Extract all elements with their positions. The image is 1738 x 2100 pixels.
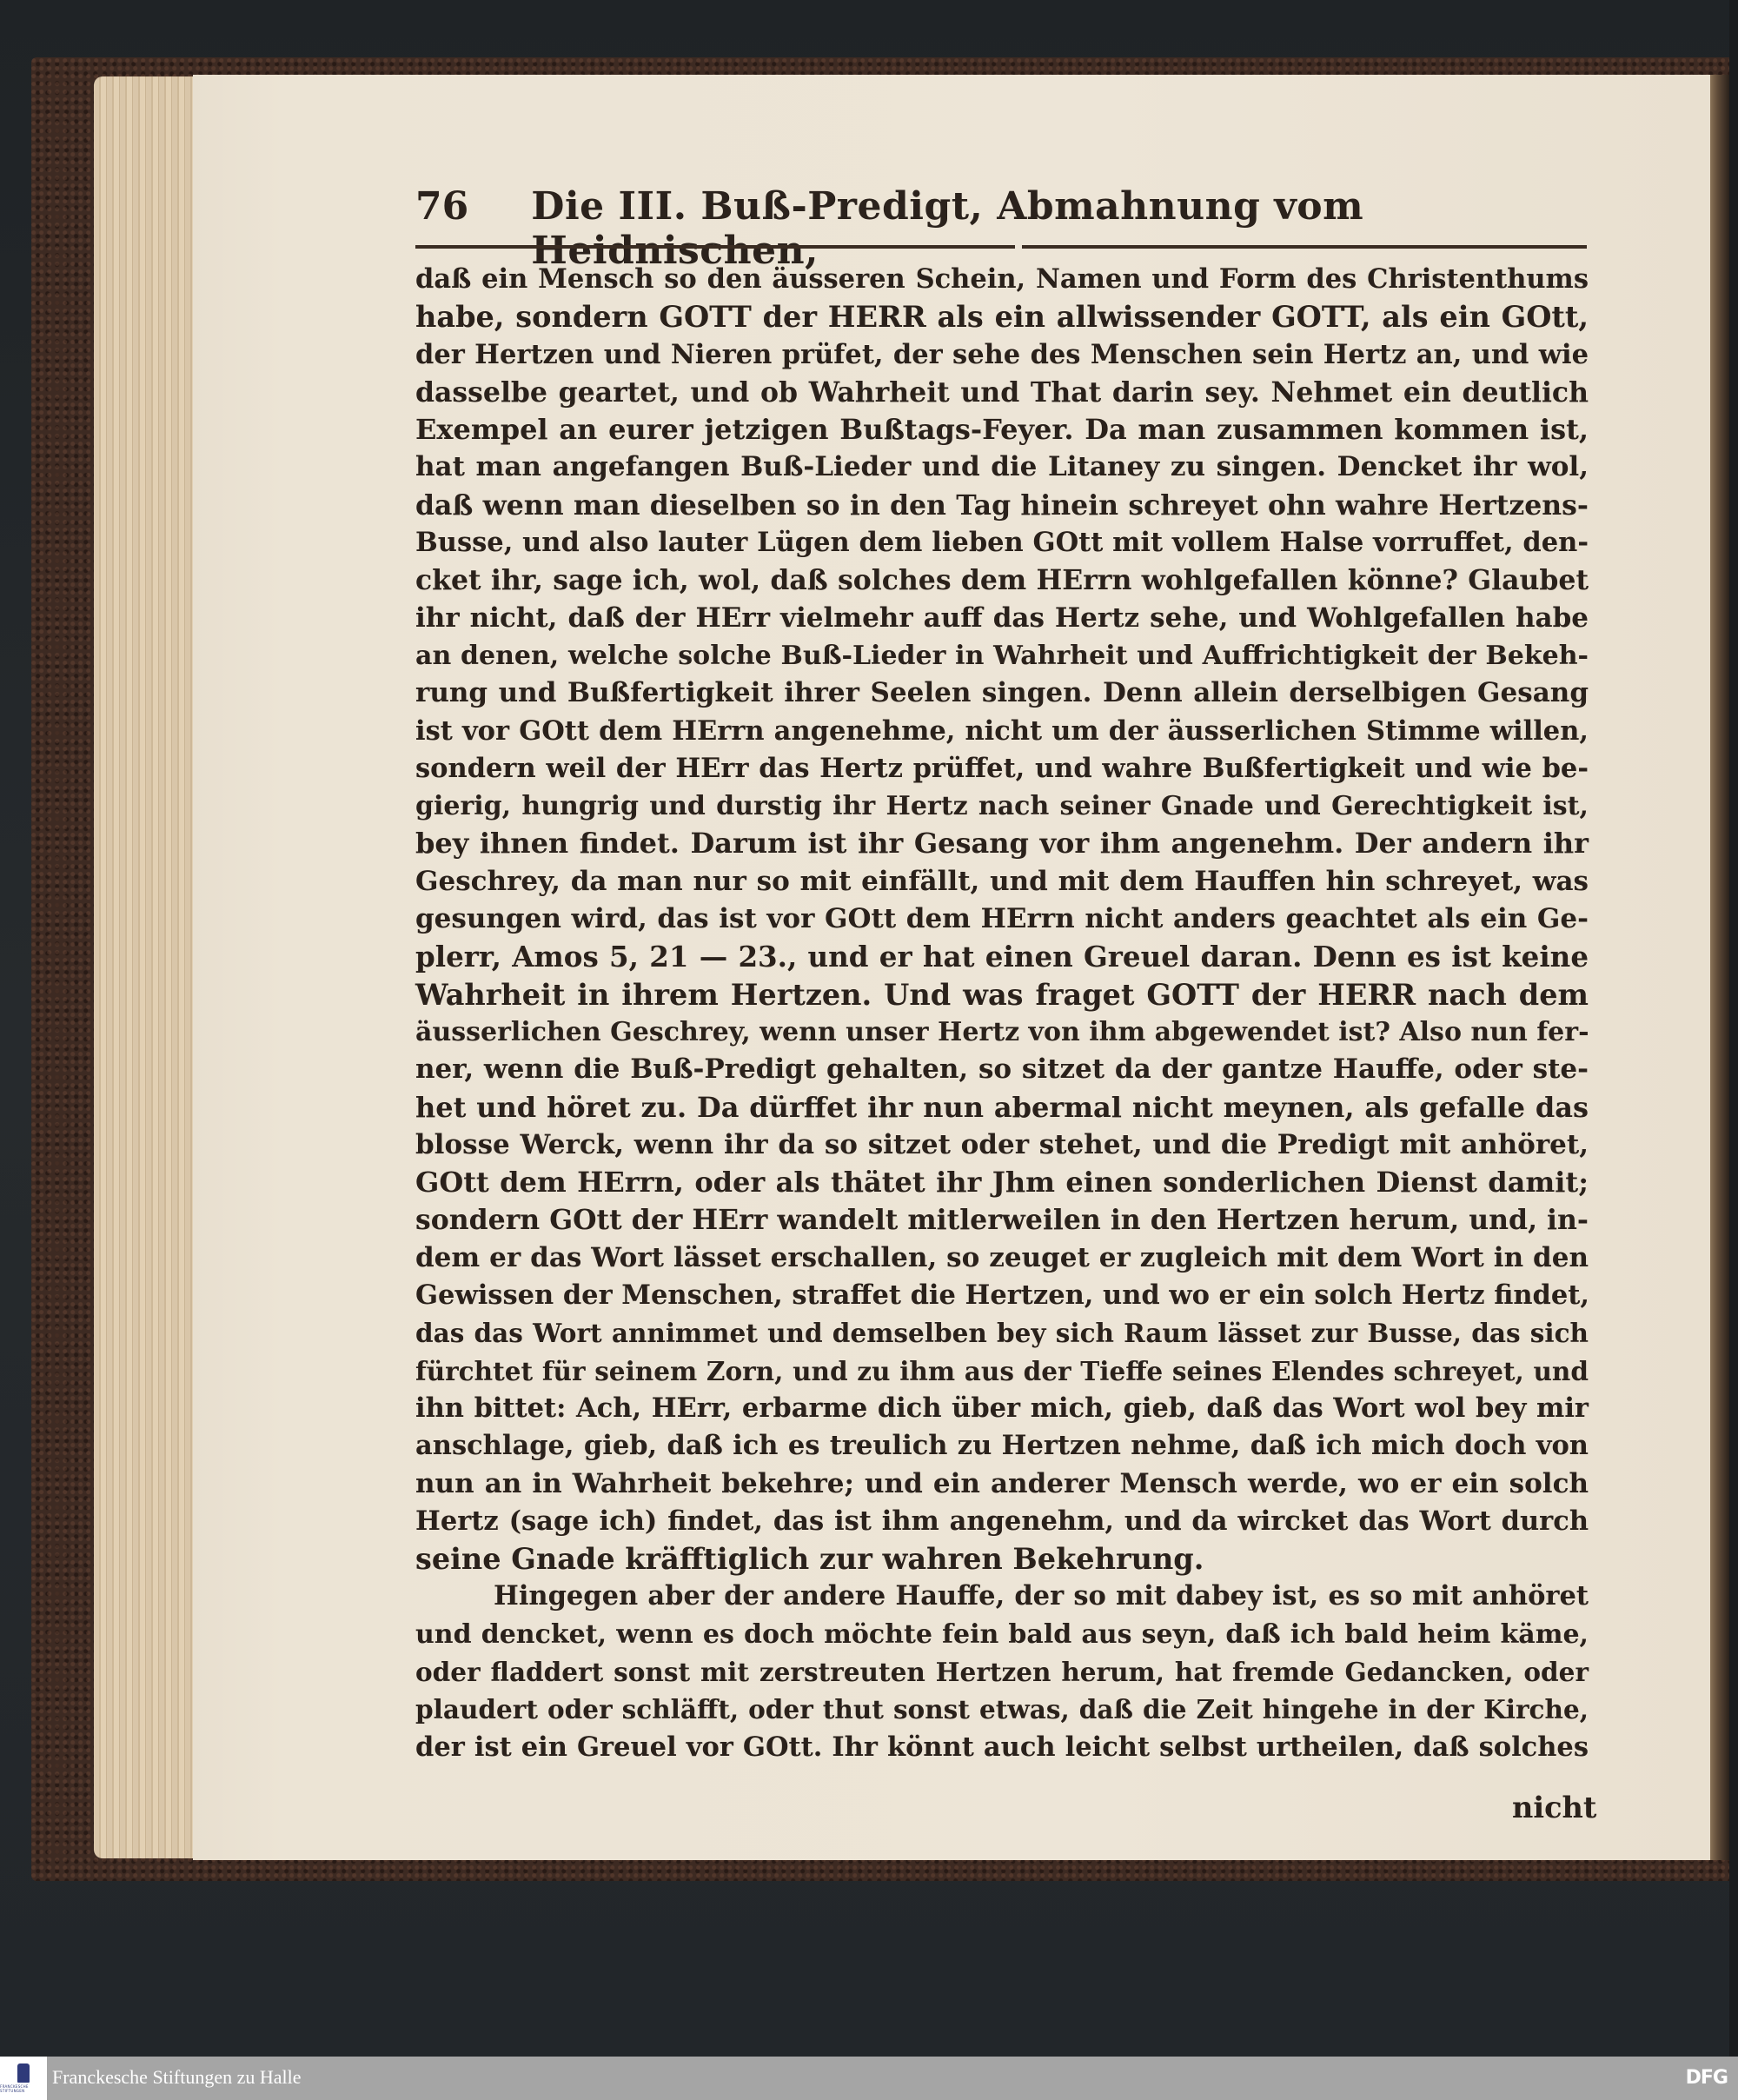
institution-logo[interactable]: FRANCKESCHE STIFTUNGEN <box>0 2057 47 2100</box>
text-line: ihr nicht, daß der HErr vielmehr auff da… <box>415 600 1589 637</box>
text-line: ist vor GOtt dem HErrn angenehme, nicht … <box>415 713 1589 750</box>
text-line: anschlage, gieb, daß ich es treulich zu … <box>415 1427 1589 1465</box>
body-text: daß ein Mensch so den äusseren Schein, N… <box>415 261 1589 1766</box>
text-line: sondern weil der HErr das Hertz prüffet,… <box>415 750 1589 787</box>
text-line: plerr, Amos 5, 21 — 23., und er hat eine… <box>415 938 1589 975</box>
text-line: ihn bittet: Ach, HErr, erbarme dich über… <box>415 1390 1589 1427</box>
text-line: ner, wenn die Buß-Predigt gehalten, so s… <box>415 1051 1589 1088</box>
page-gutter-shadow <box>1710 75 1729 1860</box>
text-line: habe, sondern GOTT der HERR als ein allw… <box>415 298 1589 336</box>
text-line: het und höret zu. Da dürffet ihr nun abe… <box>415 1089 1589 1126</box>
text-line: bey ihnen findet. Darum ist ihr Gesang v… <box>415 825 1589 862</box>
text-line: gierig, hungrig und durstig ihr Hertz na… <box>415 787 1589 825</box>
text-line: dasselbe geartet, und ob Wahrheit und Th… <box>415 374 1589 411</box>
text-line: Gewissen der Menschen, straffet die Hert… <box>415 1277 1589 1314</box>
text-line: cket ihr, sage ich, wol, daß solches dem… <box>415 562 1589 599</box>
text-line: fürchtet für seinem Zorn, und zu ihm aus… <box>415 1352 1589 1390</box>
text-line: oder fladdert sonst mit zerstreuten Hert… <box>415 1653 1589 1691</box>
text-line: blosse Werck, wenn ihr da so sitzet oder… <box>415 1126 1589 1164</box>
text-line: dem er das Wort lässet erschallen, so ze… <box>415 1239 1589 1277</box>
header-rule-left <box>415 245 1015 249</box>
text-line: daß wenn man dieselben so in den Tag hin… <box>415 487 1589 524</box>
page-edges <box>94 76 198 1858</box>
logo-text: FRANCKESCHE STIFTUNGEN <box>0 2084 47 2093</box>
page-number: 76 <box>415 184 496 229</box>
text-line: Hertz (sage ich) findet, das ist ihm ang… <box>415 1503 1589 1540</box>
text-line: Exempel an eurer jetzigen Bußtags-Feyer.… <box>415 411 1589 449</box>
text-line: das das Wort annimmet und demselben bey … <box>415 1314 1589 1352</box>
footer-bar: FRANCKESCHE STIFTUNGEN Franckesche Stift… <box>0 2057 1738 2100</box>
catchword: nicht <box>1512 1791 1596 1824</box>
text-line: der ist ein Greuel vor GOtt. Ihr könnt a… <box>415 1729 1589 1766</box>
text-line: an denen, welche solche Buß-Lieder in Wa… <box>415 637 1589 675</box>
text-line: daß ein Mensch so den äusseren Schein, N… <box>415 261 1589 298</box>
text-line: rung und Bußfertigkeit ihrer Seelen sing… <box>415 675 1589 712</box>
header-rule-right <box>1022 245 1587 249</box>
page-header: 76 Die III. Buß-Predigt, Abmahnung vom H… <box>415 184 1589 236</box>
institution-name[interactable]: Franckesche Stiftungen zu Halle <box>52 2066 302 2089</box>
text-line: plaudert oder schläfft, oder thut sonst … <box>415 1691 1589 1728</box>
running-head: Die III. Buß-Predigt, Abmahnung vom Heid… <box>531 184 1589 273</box>
dfg-logo[interactable]: DFG <box>1686 2067 1728 2089</box>
text-line: GOtt dem HErrn, oder als thätet ihr Jhm … <box>415 1164 1589 1201</box>
text-line: sondern GOtt der HErr wandelt mitlerweil… <box>415 1201 1589 1239</box>
logo-figure-icon <box>17 2063 30 2083</box>
text-line: äusserlichen Geschrey, wenn unser Hertz … <box>415 1013 1589 1051</box>
text-line: nun an in Wahrheit bekehre; und ein ande… <box>415 1465 1589 1503</box>
paragraph-end-line: seine Gnade kräfftiglich zur wahren Beke… <box>415 1540 1589 1578</box>
paragraph-start-line: Hingegen aber der andere Hauffe, der so … <box>415 1578 1589 1615</box>
text-line: Wahrheit in ihrem Hertzen. Und was frage… <box>415 976 1589 1013</box>
text-line: Busse, und also lauter Lügen dem lieben … <box>415 524 1589 562</box>
text-line: hat man angefangen Buß-Lieder und die Li… <box>415 449 1589 486</box>
text-line: der Hertzen und Nieren prüfet, der sehe … <box>415 336 1589 374</box>
text-line: Geschrey, da man nur so mit einfällt, un… <box>415 863 1589 900</box>
scan-edge <box>1729 0 1738 2057</box>
text-line: gesungen wird, das ist vor GOtt dem HErr… <box>415 900 1589 938</box>
text-line: und dencket, wenn es doch möchte fein ba… <box>415 1616 1589 1653</box>
